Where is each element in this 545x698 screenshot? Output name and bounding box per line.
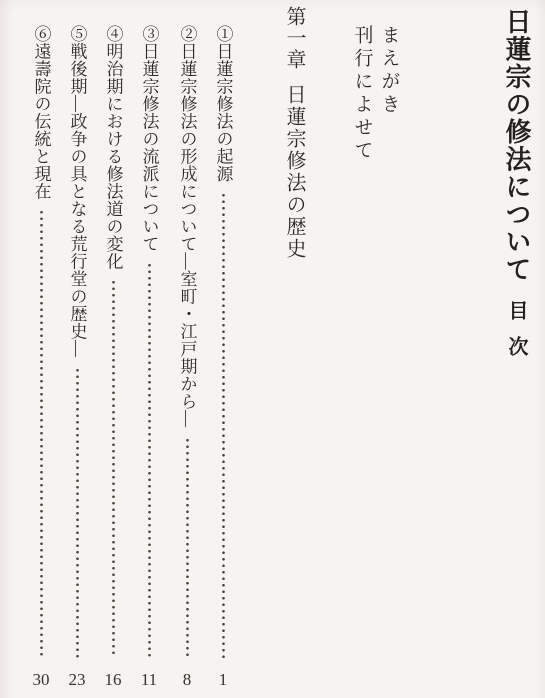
toc-item-1: ①日蓮宗修法の起源 1 — [210, 25, 236, 690]
dot-leader — [76, 367, 79, 659]
page-number: 16 — [105, 671, 122, 690]
toc-item-5: ⑤戦後期―政争の具となる荒行堂の歴史― 23 — [64, 25, 90, 690]
chapter-number: 第一章 — [284, 6, 304, 71]
toc-entry-publication-note: 刊行によせて — [350, 25, 374, 163]
page-number: 1 — [219, 671, 228, 690]
dot-leader — [112, 279, 115, 658]
toc-item-3: ③日蓮宗修法の流派について 11 — [136, 25, 162, 690]
toc-item-label: ⑤戦後期―政争の具となる荒行堂の歴史― — [69, 25, 86, 358]
book-title: 日蓮宗の修法について — [503, 8, 529, 283]
page-number: 11 — [141, 671, 157, 690]
dot-leader — [148, 262, 151, 659]
dot-leader — [222, 192, 225, 659]
toc-item-label: ③日蓮宗修法の流派について — [141, 25, 158, 253]
toc-item-6: ⑥遠壽院の伝統と現在 30 — [28, 25, 54, 690]
page-number: 30 — [33, 671, 50, 690]
toc-item-2: ②日蓮宗修法の形成について―室町・江戸期から― 8 — [174, 25, 200, 690]
title-column: 日蓮宗の修法について 目次 — [500, 8, 532, 372]
book-toc-page: 日蓮宗の修法について 目次 まえがき 刊行によせて 第一章 日蓮宗修法の歴史 ①… — [0, 0, 545, 698]
toc-entry-label: 刊行によせて — [353, 25, 372, 163]
page-number: 8 — [183, 671, 192, 690]
chapter-heading: 第一章 日蓮宗修法の歴史 — [281, 6, 307, 260]
toc-entry-preface: まえがき — [377, 25, 401, 117]
toc-item-label: ②日蓮宗修法の形成について―室町・江戸期から― — [179, 25, 196, 428]
dot-leader — [186, 437, 189, 659]
toc-entry-label: まえがき — [380, 25, 399, 117]
chapter-title: 日蓮宗修法の歴史 — [284, 84, 304, 260]
toc-heading: 目次 — [506, 300, 526, 372]
toc-item-label: ④明治期における修法道の変化 — [105, 25, 122, 270]
toc-item-label: ①日蓮宗修法の起源 — [215, 25, 232, 183]
dot-leader — [40, 209, 43, 658]
page-number: 23 — [69, 671, 86, 690]
toc-item-label: ⑥遠壽院の伝統と現在 — [33, 25, 50, 200]
toc-item-4: ④明治期における修法道の変化 16 — [100, 25, 126, 690]
